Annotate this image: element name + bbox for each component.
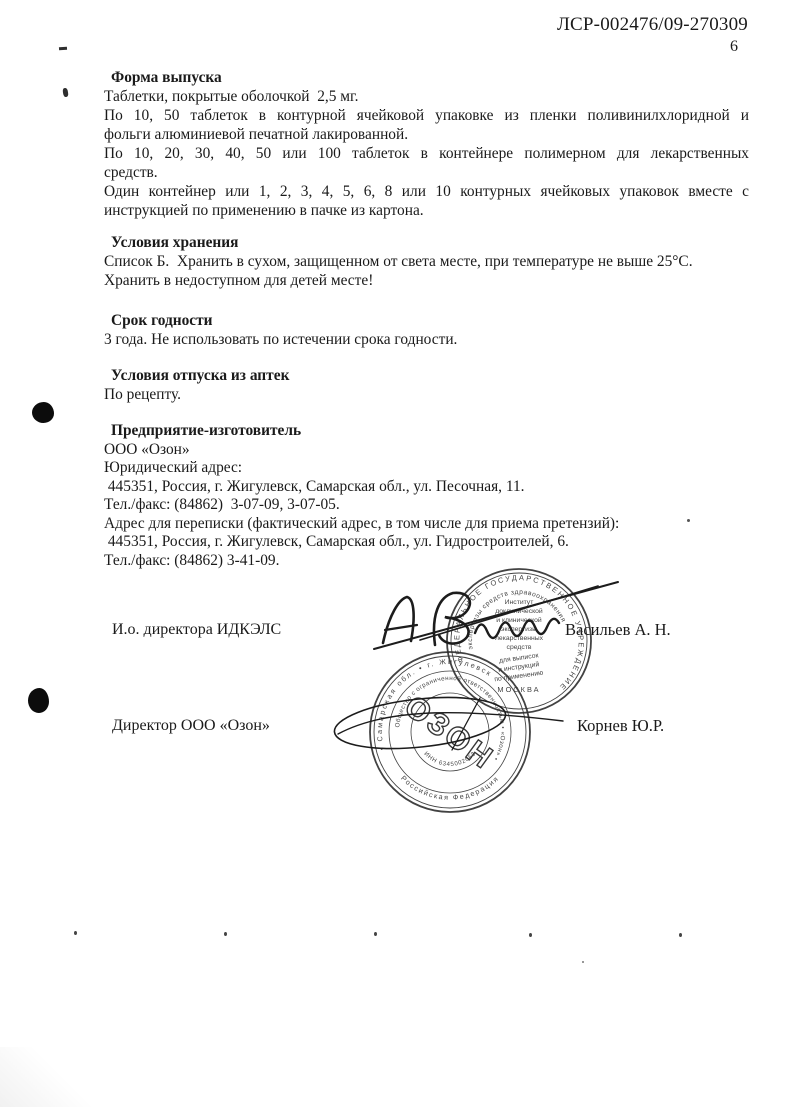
signature-name-kornev: Корнев Ю.Р. — [577, 716, 664, 736]
scan-artifact — [59, 47, 67, 51]
scanned-document-page: ЛСР-002476/09-270309 6 Форма выпуска Таб… — [0, 0, 800, 1107]
scan-artifact — [687, 519, 690, 522]
punch-hole-mark — [28, 688, 49, 713]
text-line: ООО «Озон» — [104, 441, 749, 460]
punch-hole-mark — [32, 402, 54, 423]
page-number: 6 — [730, 38, 738, 56]
text-line: Таблетки, покрытые оболочкой 2,5 мг. — [104, 87, 749, 106]
text-line: средств. — [104, 163, 749, 182]
signature-title-idkels: И.о. директора ИДКЭЛС — [112, 621, 281, 639]
text-line: 3 года. Не использовать по истечении сро… — [104, 330, 749, 349]
page-corner-shade — [0, 1047, 110, 1107]
scan-artifact — [62, 88, 68, 98]
text-line: По 10, 50 таблеток в контурной ячейковой… — [104, 106, 749, 125]
text-line: инструкцией по применению в пачке из кар… — [104, 201, 749, 220]
document-number: ЛСР-002476/09-270309 — [557, 14, 748, 36]
section-manufacturer: Предприятие-изготовитель ООО «Озон» Юрид… — [104, 422, 749, 570]
section-heading: Условия отпуска из аптек — [111, 366, 749, 385]
text-line: Адрес для переписки (фактический адрес, … — [104, 515, 749, 534]
text-line: 445351, Россия, г. Жигулевск, Самарская … — [104, 478, 749, 497]
text-line: фольги алюминиевой печатной лакированной… — [104, 125, 749, 144]
signature-title-director-ozon: Директор ООО «Озон» — [112, 717, 270, 735]
text-line: 445351, Россия, г. Жигулевск, Самарская … — [104, 533, 749, 552]
text-line: Один контейнер или 1, 2, 3, 4, 5, 6, 8 и… — [104, 182, 749, 201]
text-line: По 10, 20, 30, 40, 50 или 100 таблеток в… — [104, 144, 749, 163]
scan-artifact — [374, 932, 377, 936]
stamp-ring-text: Российская Федерация — [399, 774, 501, 802]
section-dispensing: Условия отпуска из аптек По рецепту. — [104, 366, 749, 404]
text-line: По рецепту. — [104, 385, 749, 404]
svg-text:Российская Федерация: Российская Федерация — [399, 774, 501, 802]
section-heading: Условия хранения — [111, 233, 749, 252]
scan-artifact — [224, 932, 227, 936]
section-storage: Условия хранения Список Б. Хранить в сух… — [104, 233, 749, 290]
handwritten-signature-kornev — [330, 690, 580, 760]
text-line: Юридический адрес: — [104, 459, 749, 478]
section-release-form: Форма выпуска Таблетки, покрытые оболочк… — [104, 68, 749, 220]
handwritten-signature-vasilev — [365, 575, 635, 660]
section-heading: Срок годности — [111, 311, 749, 330]
text-line: Тел./факс: (84862) 3-07-09, 3-07-05. — [104, 496, 749, 515]
text-line: Хранить в недоступном для детей месте! — [104, 271, 749, 290]
scan-artifact — [74, 931, 77, 935]
section-heading: Предприятие-изготовитель — [111, 422, 749, 441]
text-line: Тел./факс: (84862) 3-41-09. — [104, 552, 749, 571]
section-shelf-life: Срок годности 3 года. Не использовать по… — [104, 311, 749, 349]
text-line: Список Б. Хранить в сухом, защищенном от… — [104, 252, 749, 271]
section-heading: Форма выпуска — [111, 68, 749, 87]
scan-artifact — [529, 933, 532, 937]
scan-artifact — [582, 961, 584, 963]
scan-artifact — [679, 933, 682, 937]
